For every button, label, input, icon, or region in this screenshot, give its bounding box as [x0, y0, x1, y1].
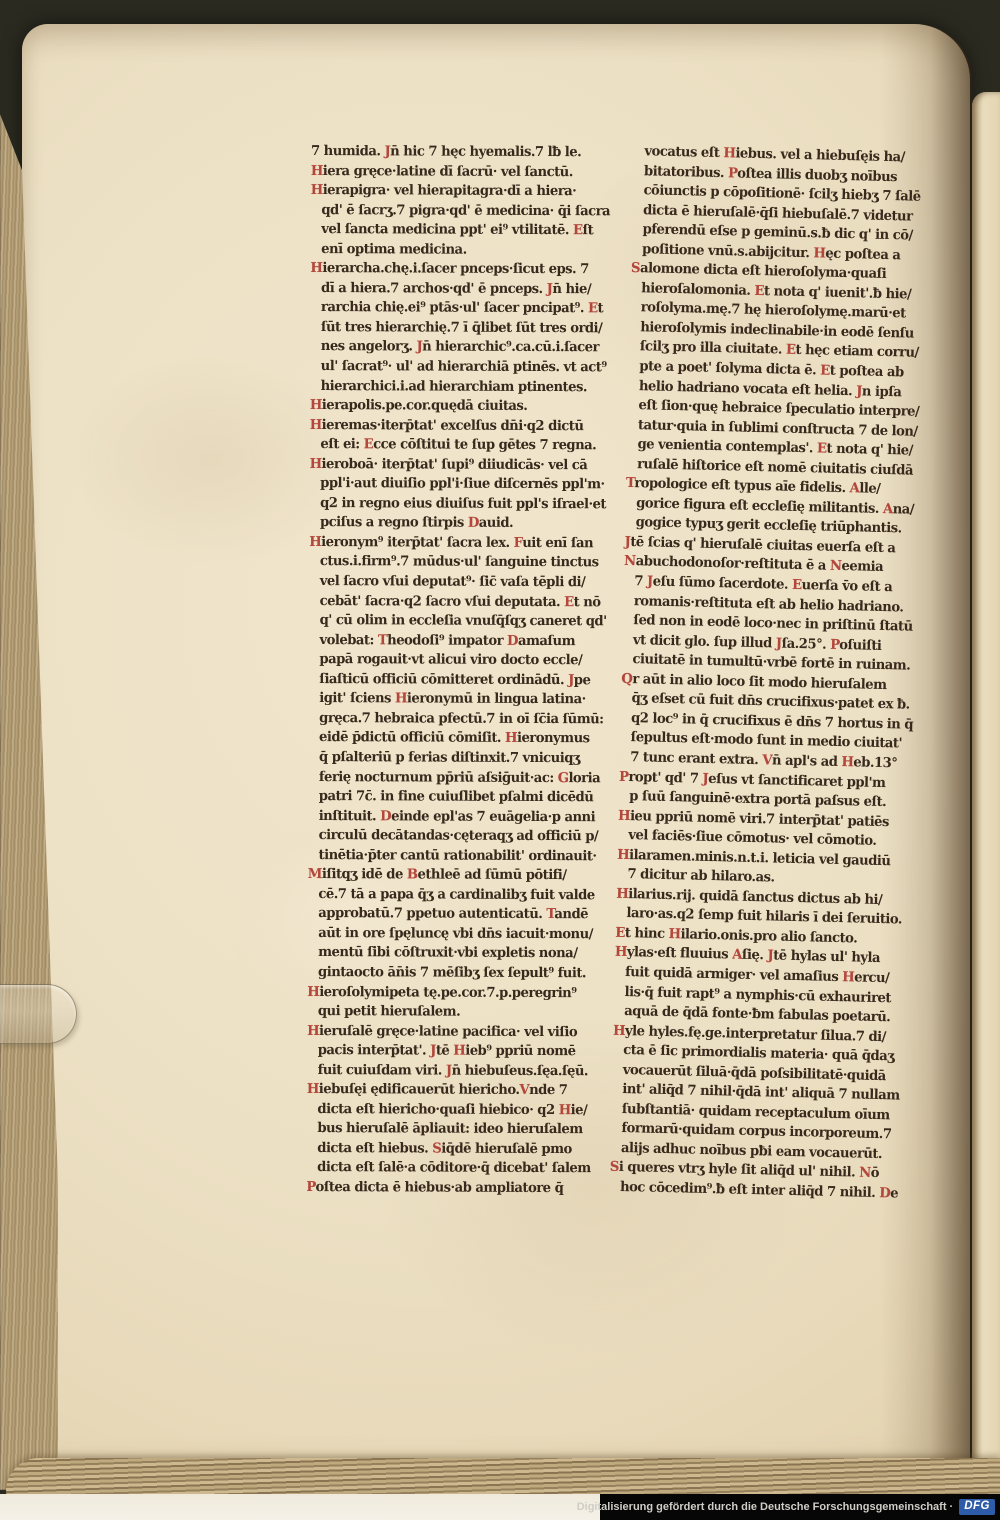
rubricated-letter: N	[859, 1165, 871, 1181]
text-line: vel ſancta medicina ppt' ei⁹ vtilitatē. …	[311, 220, 623, 241]
rubricated-letter: E	[615, 925, 625, 941]
text-line: ſūt tres hierarchię.7 ī q̄libet ſūt tres…	[310, 318, 622, 339]
text-line: qd' ē ſacrʒ.7 pigra·qd' ē medicina· q̄i …	[311, 201, 623, 222]
rubricated-letter: H	[310, 397, 322, 413]
rubricated-letter: H	[559, 1102, 571, 1118]
rubricated-letter: E	[792, 577, 802, 593]
rubricated-letter: T	[378, 632, 387, 648]
text-line: eidē p̄dictū officiū cōmiſit. Hieronymus	[308, 728, 620, 749]
dfg-logo: DFG	[959, 1499, 995, 1515]
rubricated-letter: H	[616, 886, 628, 902]
text-line: gręca.7 hebraica pfectū.7 in oī ſc̄ia ſū…	[308, 709, 620, 730]
rubricated-letter: H	[813, 245, 825, 261]
rubricated-letter: F	[514, 535, 523, 551]
rubricated-letter: H	[307, 1081, 319, 1097]
text-line: Hieruſalē gręce·latine pacifica· vel viſ…	[307, 1022, 619, 1043]
text-line: Hieroboā· iterp̄tat' ſupi⁹ diiudicās· ve…	[310, 455, 622, 476]
rubricated-letter: Q	[621, 671, 632, 687]
rubricated-letter: P	[619, 768, 629, 784]
rubricated-letter: H	[395, 691, 407, 707]
text-line: approbatū.7 ppetuo autenticatū. Tandē	[308, 904, 620, 925]
text-line: Hieremas·iterp̄tat' excelſus dn̄i·q2 dic…	[310, 416, 622, 437]
text-line: Hieroſolymipeta tę.pe.cor.7.p.peregrin⁹	[307, 983, 619, 1004]
rubricated-letter: E	[588, 301, 598, 317]
rubricated-letter: H	[841, 754, 853, 770]
text-column-right: vocatus eſt Hiebus. vel a hiebuſęis ha/b…	[609, 142, 946, 1205]
text-line: papā rogauit·vt alicui viro docto eccle/	[309, 650, 621, 671]
dfg-credit-text: Digitalisierung gefördert durch die Deut…	[577, 1501, 954, 1513]
rubricated-letter: H	[615, 944, 627, 960]
rubricated-letter: G	[558, 770, 569, 786]
rubricated-letter: A	[732, 947, 742, 963]
text-column-left: 7 humida. Jn̄ hic 7 hęc hyemalis.7 lƀ le…	[306, 142, 623, 1199]
rubricated-letter: H	[307, 1023, 319, 1039]
text-line: inſtituit. Deinde epl'as 7 euāgelia·p an…	[308, 807, 620, 828]
text-line: Hierarcha.chę.i.ſacer pnceps·ſicut eps. …	[310, 259, 622, 280]
rubricated-letter: H	[307, 984, 319, 1000]
text-line: dicta eſt hiebus. Siq̄dē hieruſalē pmo	[307, 1139, 619, 1160]
rubricated-letter: D	[879, 1185, 890, 1201]
text-line: ferię nocturnum pp̄riū aſsiḡuit·ac: Glor…	[308, 767, 620, 788]
rubricated-letter: E	[817, 441, 827, 457]
rubricated-letter: E	[564, 594, 574, 610]
text-line: q' cū olim in eccleſia vnuſq̄ſqʒ caneret…	[309, 611, 621, 632]
text-line: circulū decātandas·cęteraqʒ ad officiū p…	[308, 826, 620, 847]
rubricated-letter: H	[311, 163, 323, 179]
text-line: ul' ſacrat⁹· ul' ad hierarchiā ptinēs. v…	[310, 357, 622, 378]
rubricated-letter: H	[310, 260, 322, 276]
rubricated-letter: M	[308, 866, 322, 882]
rubricated-letter: H	[311, 182, 323, 198]
rubricated-letter: H	[453, 1043, 465, 1059]
text-line: eſt ei: Ecce cōſtitui te ſup gētes 7 reg…	[310, 435, 622, 456]
text-line: qui petit hieruſalem.	[307, 1002, 619, 1023]
scan-photo: 7 humida. Jn̄ hic 7 hęc hyemalis.7 lƀ le…	[0, 0, 1000, 1520]
rubricated-letter: N	[624, 553, 636, 569]
rubricated-letter: H	[309, 534, 321, 550]
text-line: gintaocto ān̄is 7 mēſibʒ ſex ſepult⁹ fui…	[307, 963, 619, 984]
rubricated-letter: D	[468, 515, 479, 531]
dfg-credit-bar: Digitalisierung gefördert durch die Deut…	[600, 1494, 1000, 1520]
footer-strip	[0, 1494, 600, 1520]
rubricated-letter: D	[507, 633, 518, 649]
page-holder-clip	[0, 984, 77, 1044]
text-line: cē.7 tā a papa q̄ʒ a cardinalibʒ fuit va…	[308, 885, 620, 906]
text-line: hierarchici.i.ad hierarchiam ptinentes.	[310, 377, 622, 398]
text-line: dī a hiera.7 archos·qd' ē pnceps. Jn̄ hi…	[310, 279, 622, 300]
text-line: igit' ſciens Hieronymū in lingua latina·	[309, 689, 621, 710]
text-line: q2 in regno eius diuiſus fuit ppl's iſra…	[309, 494, 621, 515]
text-line: cebāt' ſacra·q2 ſacro vſui deputata. Et …	[309, 592, 621, 613]
text-line: pciſus a regno ſtirpis Dauid.	[309, 513, 621, 534]
text-line: tinētia·p̄ter cantū rationabilit' ordina…	[308, 846, 620, 867]
rubricated-letter: H	[842, 969, 854, 985]
facing-page-sliver	[972, 92, 1000, 1494]
rubricated-letter: H	[310, 456, 322, 472]
text-line: aūt in ore ſpęluncę vbi dn̄s iacuit·monu…	[308, 924, 620, 945]
rubricated-letter: V	[519, 1082, 529, 1098]
rubricated-letter: D	[380, 808, 391, 824]
text-line: bus hieruſalē āpliauit: ideo hieruſalem	[307, 1119, 619, 1140]
rubricated-letter: N	[830, 558, 842, 574]
text-line: rarchia chię.ei⁹ ptās·ul' ſacer pncipat⁹…	[310, 298, 622, 319]
rubricated-letter: H	[618, 807, 630, 823]
text-line: 7 humida. Jn̄ hic 7 hęc hyemalis.7 lƀ le…	[311, 142, 623, 163]
text-line: dicta eſt ſalē·a cōditore·q̄ dicebat' ſa…	[306, 1158, 618, 1179]
text-line: Miſitqʒ idē de Bethleē ad ſūmū pōtifi/	[308, 865, 620, 886]
rubricated-letter: A	[849, 480, 859, 496]
rubricated-letter: H	[613, 1022, 625, 1038]
rubricated-letter: H	[505, 730, 517, 746]
text-line: ctus.i.firm⁹.7 mūdus·ul' ſanguine tinctu…	[309, 552, 621, 573]
rubricated-letter: S	[432, 1140, 441, 1156]
text-line: mentū ſibi cōſtruxit·vbi expletis nona/	[307, 943, 619, 964]
rubricated-letter: P	[306, 1179, 315, 1195]
rubricated-letter: H	[310, 417, 322, 433]
text-line: dicta eſt hiericho·quaſi hiebico· q2 Hie…	[307, 1100, 619, 1121]
rubricated-letter: H	[617, 846, 629, 862]
text-line: nes angelorʒ. Jn̄ hierarchic⁹.ca.cū.i.ſa…	[310, 337, 622, 358]
text-line: Hierapigra· vel hierapitagra·dī a hiera·	[311, 181, 623, 202]
rubricated-letter: B	[407, 867, 418, 883]
text-line: fuit cuiuſdam viri. Jn̄ hiebuſeus.ſęa.ſę…	[307, 1061, 619, 1082]
rubricated-letter: P	[830, 636, 839, 652]
text-line: volebat: Theodoſi⁹ impator Damaſum	[309, 631, 621, 652]
text-line: vel ſacro vſui deputat⁹· ſic̄ vaſa tēpli…	[309, 572, 621, 593]
text-line: Poſtea dicta ē hiebus·ab ampliatore q̄	[306, 1178, 618, 1199]
text-line: Hiera gręce·latine dī ſacrū· vel ſanctū.	[311, 162, 623, 183]
rubricated-letter: A	[883, 501, 893, 517]
text-line: Hierapolis.pe.cor.quędā ciuitas.	[310, 396, 622, 417]
rubricated-letter: E	[754, 283, 764, 299]
text-line: q̄ pſalteriū p ferias diſtinxit.7 vnicui…	[308, 748, 620, 769]
text-line: Hieronym⁹ iterp̄tat' ſacra lex. Fuit enī…	[309, 533, 621, 554]
text-line: ſiaſticū officiū cōmitteret ordinādū. Jp…	[309, 670, 621, 691]
text-line: ppl'i·aut diuiſio ppl'i·ſiue diſcernēs p…	[309, 474, 621, 495]
rubricated-letter: H	[668, 926, 680, 942]
text-line: enī optima medicina.	[310, 240, 622, 261]
text-line: Hiebuſęi ędificauerūt hiericho.Vnde 7	[307, 1080, 619, 1101]
rubricated-letter: H	[723, 145, 735, 161]
text-line: patri 7c̄. in fine cuiuſlibet pſalmi dic…	[308, 787, 620, 808]
rubricated-letter: E	[573, 222, 583, 238]
text-line: pacis interp̄tat'. Jtē Hieb⁹ ppriū nomē	[307, 1041, 619, 1062]
